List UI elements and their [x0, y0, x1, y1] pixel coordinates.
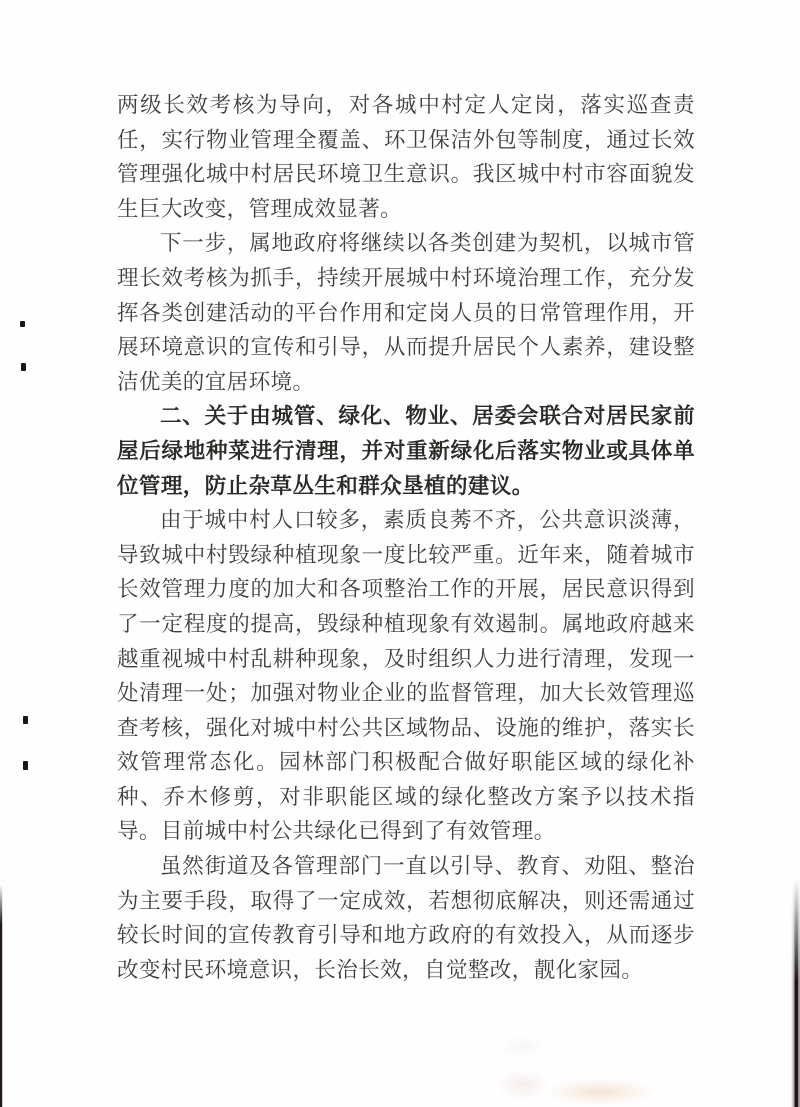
punch-mark-1	[20, 321, 25, 327]
paragraph-continuation: 两级长效考核为导向，对各城中村定人定岗，落实巡查责任，实行物业管理全覆盖、环卫保…	[117, 88, 695, 226]
scanner-edge-left	[0, 884, 3, 1107]
paper-smudge-1	[545, 1078, 655, 1106]
scanned-document-page: 两级长效考核为导向，对各城中村定人定岗，落实巡查责任，实行物业管理全覆盖、环卫保…	[0, 0, 800, 1107]
section-two-heading: 二、关于由城管、绿化、物业、居委会联合对居民家前屋后绿地种菜进行清理，并对重新绿…	[117, 399, 695, 503]
paragraph-conclusion: 虽然街道及各管理部门一直以引导、教育、劝阻、整治为主要手段，取得了一定成效，若想…	[117, 849, 695, 987]
scanner-edge-right	[791, 878, 800, 1107]
document-text-block: 两级长效考核为导向，对各城中村定人定岗，落实巡查责任，实行物业管理全覆盖、环卫保…	[117, 88, 695, 987]
paragraph-next-step: 下一步，属地政府将继续以各类创建为契机，以城市管理长效考核为抓手，持续开展城中村…	[117, 226, 695, 399]
paper-smudge-3	[500, 1036, 545, 1058]
punch-mark-3	[23, 716, 28, 724]
punch-mark-2	[21, 363, 26, 371]
paragraph-reply-body: 由于城中村人口较多，素质良莠不齐，公共意识淡薄，导致城中村毁绿种植现象一度比较严…	[117, 503, 695, 849]
punch-mark-4	[23, 761, 28, 770]
paper-smudge-2	[495, 1070, 550, 1100]
